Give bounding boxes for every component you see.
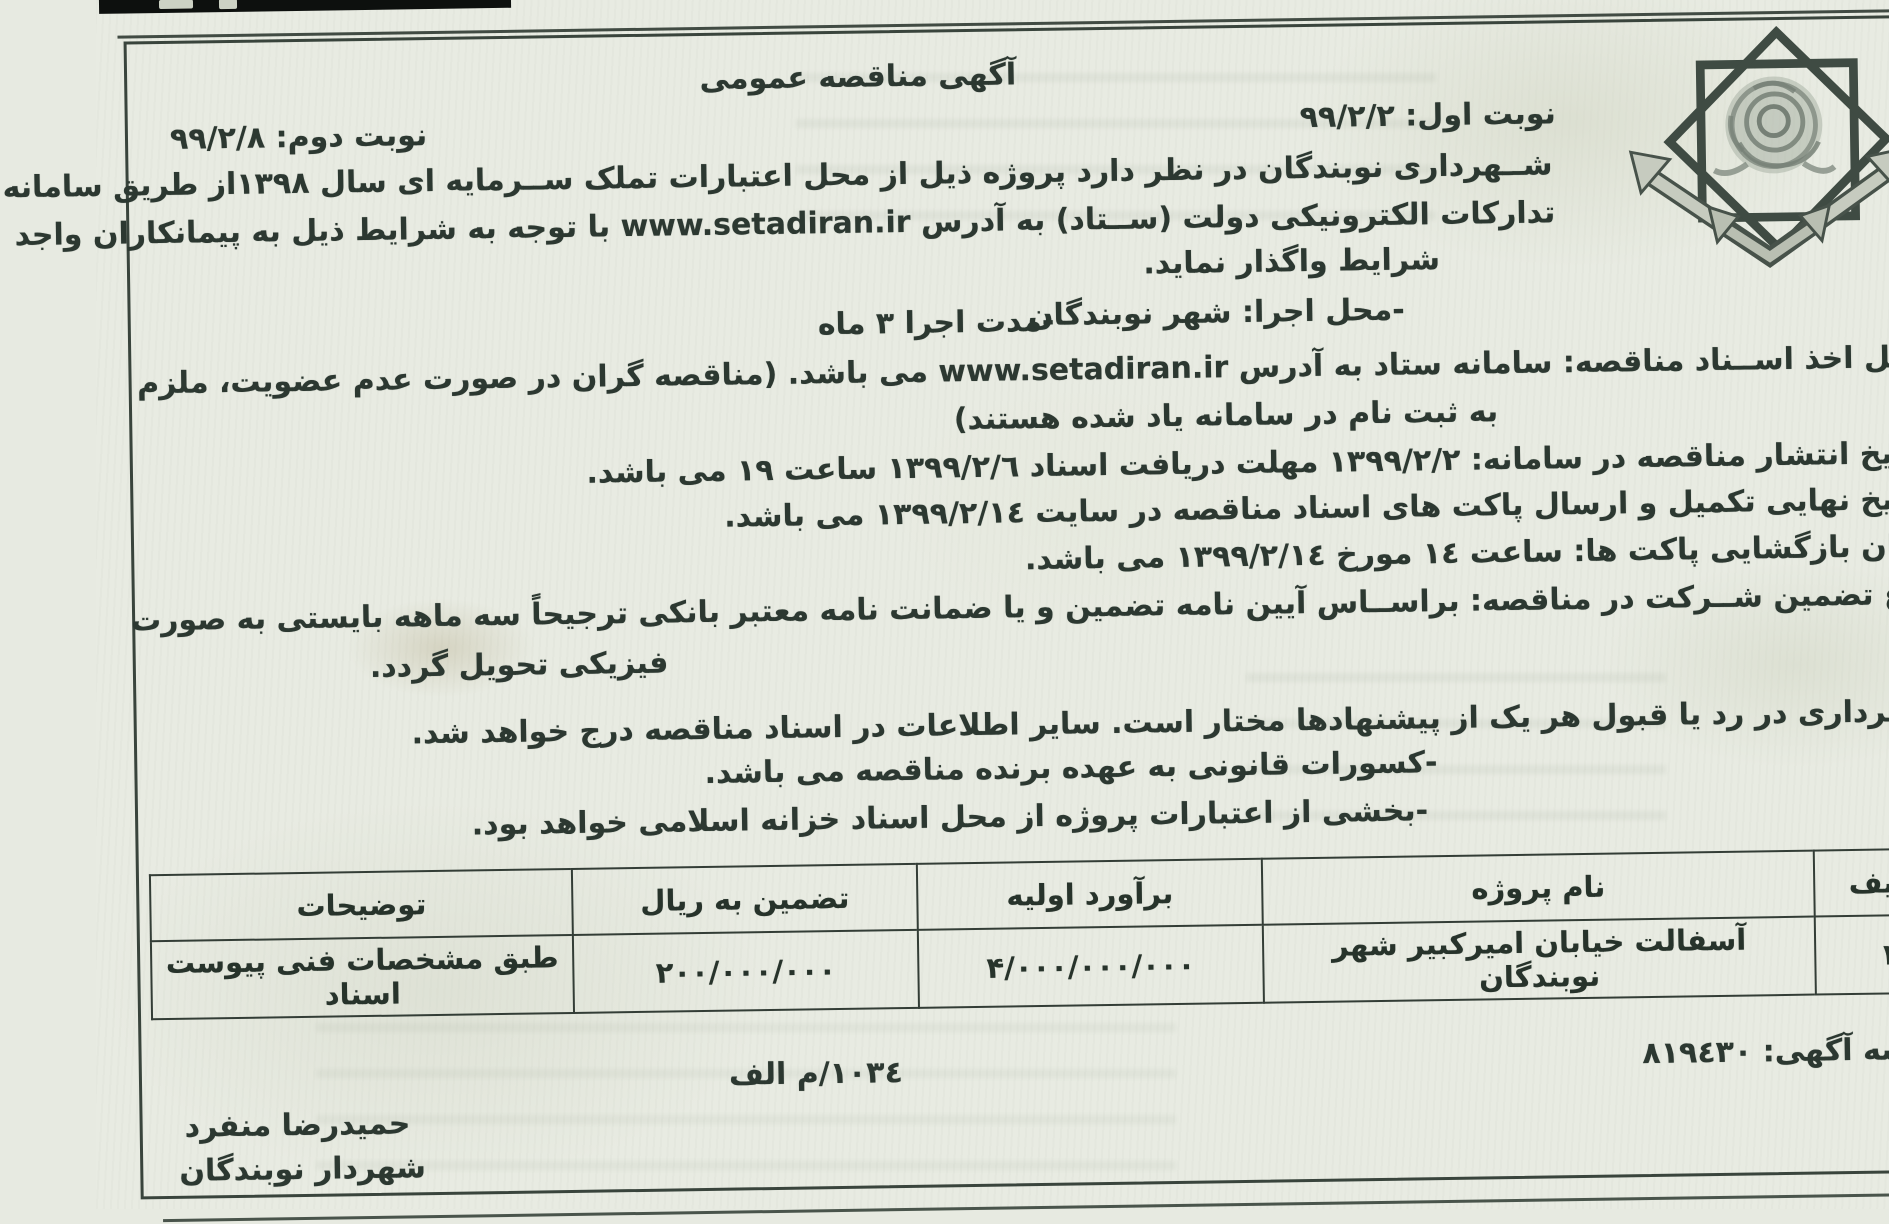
municipality-rights-line: -شهرداری در رد یا قبول هر یک از پیشنهاده… bbox=[315, 692, 1853, 754]
newspaper-scan-page: آگهی مناقصه عمومی نوبت اول: ٩٩/٢/٢ نوبت … bbox=[0, 0, 1889, 1209]
eight-pointed-star-rose-logo-icon bbox=[1481, 23, 1865, 281]
signer-title: شهردار نوبندگان bbox=[83, 1148, 330, 1191]
cell-project-name: آسفالت خیابان امیرکبیر شهر نوبندگان bbox=[1167, 917, 1720, 1003]
col-header-row-no: ردیف bbox=[1718, 848, 1865, 916]
second-round-date: نوبت دوم: ٩٩/٢/٨ bbox=[74, 116, 332, 159]
envelope-opening-line: -زمان بازگشایی پاکت ها: ساعت ١٤ مورخ ١٣٩… bbox=[929, 527, 1851, 580]
print-smudge bbox=[63, 0, 97, 9]
execution-location-line: -محل اجرا: شهر نوبندگان bbox=[932, 291, 1309, 336]
treasury-funding-line: -بخشی از اعتبارات پروژه از محل اسناد خزا… bbox=[375, 791, 1332, 845]
ad-id: شناسه آگهی: ٨١٩٤٣٠ bbox=[1546, 1029, 1868, 1073]
col-header-project-name: نام پروژه bbox=[1166, 851, 1719, 925]
documents-source-line-1: -محل اخذ اســناد مناقصه: سامانه ستاد به … bbox=[47, 338, 1847, 404]
execution-duration-line: -مدت اجرا ٣ ماه bbox=[722, 302, 959, 345]
first-round-date: نوبت اول: ٩٩/٢/٢ bbox=[1203, 94, 1460, 137]
legal-deductions-line: -کسورات قانونی به عهده برنده مناقصه می ب… bbox=[608, 743, 1341, 793]
tender-ad-box: آگهی مناقصه عمومی نوبت اول: ٩٩/٢/٢ نوبت … bbox=[28, 14, 1889, 1199]
rose-emblem bbox=[1617, 76, 1739, 175]
ad-title: آگهی مناقصه عمومی bbox=[608, 55, 921, 99]
print-smudge bbox=[123, 0, 141, 9]
col-header-initial-estimate: برآورد اولیه bbox=[821, 859, 1167, 930]
col-header-guarantee-rial: تضمین به ریال bbox=[476, 864, 822, 935]
cell-notes: طبق مشخصات فنی پیوست اسناد bbox=[55, 935, 478, 1019]
guarantee-type-line-2: فیزیکی تحویل گردد. bbox=[274, 644, 573, 688]
intro-line-3: شرایط واگذار نماید. bbox=[1047, 240, 1344, 284]
col-header-notes: توضیحات bbox=[54, 869, 477, 941]
projects-table: ردیف نام پروژه برآورد اولیه تضمین به ریا… bbox=[53, 847, 1867, 1020]
municipality-logo bbox=[1481, 23, 1865, 281]
signer-name: حمیدرضا منفرد bbox=[88, 1104, 314, 1147]
cell-guarantee-rial: ۲۰۰/۰۰۰/۰۰۰ bbox=[477, 930, 823, 1013]
cell-initial-estimate: ۴/۰۰۰/۰۰۰/۰۰۰ bbox=[822, 925, 1168, 1008]
documents-source-line-2: به ثبت نام در سامانه یاد شده هستند) bbox=[858, 392, 1403, 440]
cell-row-no: ١ bbox=[1719, 914, 1866, 994]
scanned-ad-tilt-wrapper: آگهی مناقصه عمومی نوبت اول: ٩٩/٢/٢ نوبت … bbox=[0, 0, 1889, 1209]
guarantee-type-line-1: -نوع تضمین شــرکت در مناقصه: براســاس آی… bbox=[51, 575, 1851, 641]
ref-number: ١٠٣٤/م الف bbox=[570, 1052, 871, 1096]
